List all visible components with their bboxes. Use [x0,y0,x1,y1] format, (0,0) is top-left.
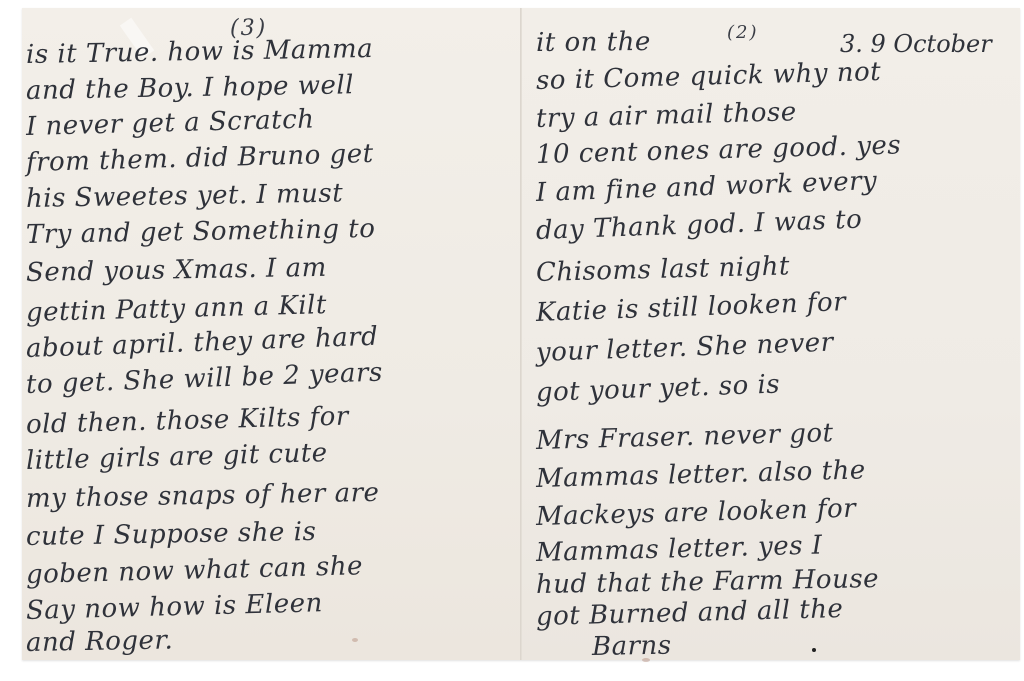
letter-line: to get. She will be 2 years [25,358,383,400]
letter-line: from them. did Bruno get [26,139,374,178]
letter-line: it on the [536,27,651,58]
letter-sheet: (3) is it True. how is Mamma and the Boy… [22,8,1020,660]
letter-line: try a air mail those [536,97,797,134]
letter-line: cute I Suppose she is [26,517,317,552]
letter-line: day Thank god. I was to [535,205,862,246]
letter-line: Katie is still looken for [535,287,846,328]
letter-line: Try and get Something to [26,214,376,250]
letter-line: little girls are git cute [26,438,328,476]
letter-line: and the Boy. I hope well [26,70,355,106]
letter-line: Mackeys are looken for [536,494,857,532]
letter-line: Mammas letter. yes I [536,531,823,568]
paper-stain [642,658,650,662]
letter-line: old then. those Kilts for [26,402,350,440]
date-note: 3. 9 October [840,30,992,58]
letter-line: Send yous Xmas. I am [26,253,327,288]
letter-line: gettin Patty ann a Kilt [26,290,328,328]
letter-line: Mrs Fraser. never got [536,418,834,456]
letter-line: got your yet. so is [535,369,780,408]
letter-line: Mammas letter. also the [536,455,866,494]
letter-line: his Sweetes yet. I must [26,178,344,214]
letter-page-left: (3) is it True. how is Mamma and the Boy… [22,8,520,660]
letter-line: 10 cent ones are good. yes [536,130,902,170]
ink-dot [812,648,816,652]
letter-line: got Burned and all the [536,594,844,632]
letter-line: I am fine and work every [535,166,877,208]
letter-line: is it True. how is Mamma [26,34,374,70]
paper-stain [352,638,358,642]
page-number: (2) [727,22,759,43]
letter-line: Chisoms last night [536,251,791,288]
letter-line: goben now what can she [26,551,364,590]
letter-line: my those snaps of her are [26,478,380,514]
letter-line: and Roger. [26,625,174,658]
letter-line: Say now how is Eleen [26,588,324,626]
letter-line: about april. they are hard [25,322,378,364]
letter-line: Barns [592,631,672,662]
letter-line: so it Come quick why not [536,57,882,96]
letter-line: I never get a Scratch [26,104,315,142]
letter-line: your letter. She never [535,328,834,368]
letter-page-right: (2) 3. 9 October it on the so it Come qu… [522,8,1020,660]
